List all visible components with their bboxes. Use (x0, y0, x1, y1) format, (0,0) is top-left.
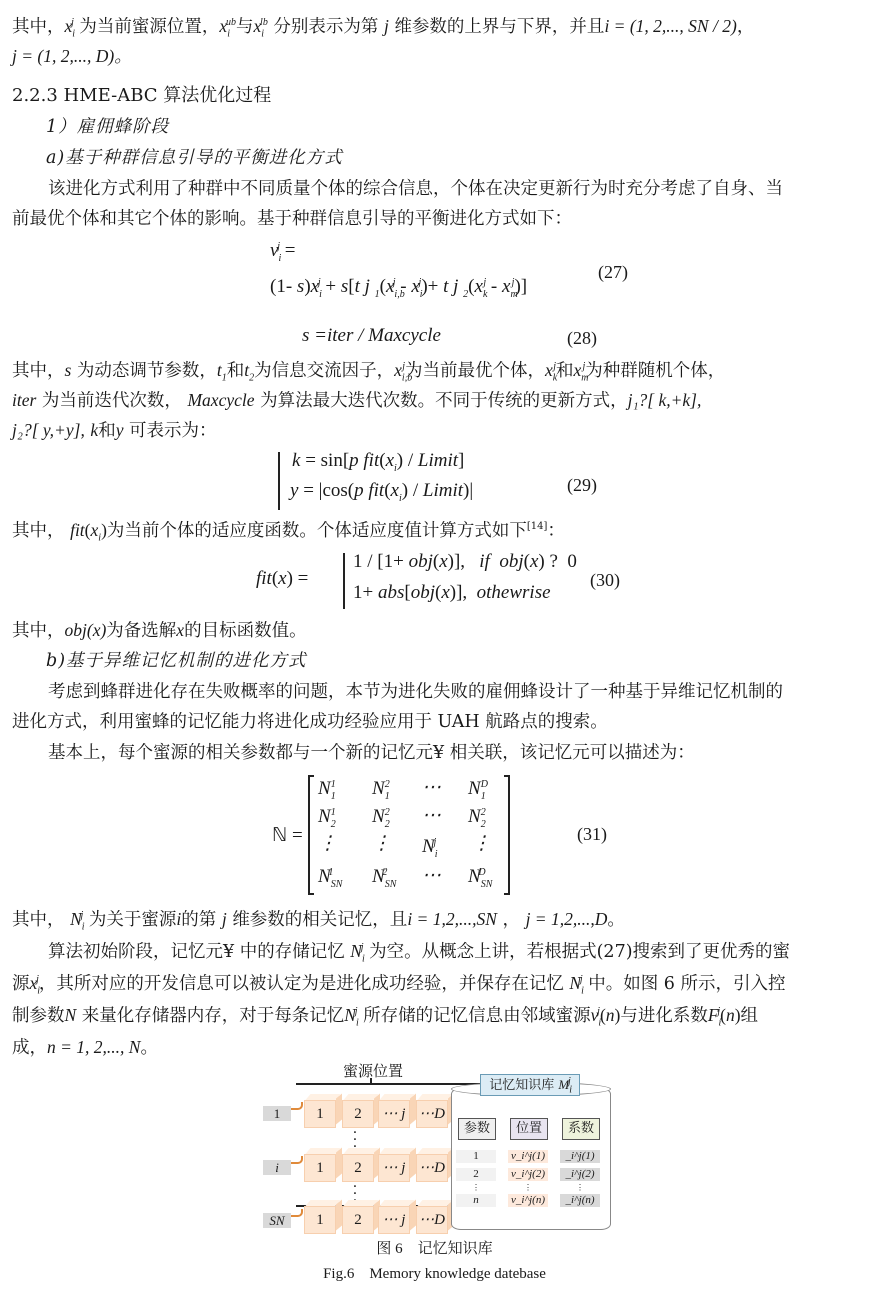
text: 算法初始阶段，记忆元¥ 中的存储记忆 (48, 942, 345, 962)
math-j: j (222, 909, 227, 929)
cube-cell: ⋯ j (378, 1206, 410, 1234)
paragraph-9-line-3: 制参数N 来量化存储器内存，对于每条记忆Nij 所存储的记忆信息由邻域蜜源vij… (12, 1003, 758, 1028)
text: 的目标函数值。 (184, 621, 307, 641)
cell-label: D (434, 1106, 445, 1122)
text: 。 (140, 1038, 158, 1058)
cell-label: j (401, 1212, 405, 1228)
citation-14: [14] (527, 521, 548, 532)
matrix-cell: ⋮ (318, 832, 337, 855)
row-label-1: 1 (263, 1106, 291, 1121)
cube-cell: ⋯D (416, 1154, 448, 1182)
text: 的第 (181, 910, 216, 930)
paragraph-6-line-2: 进化方式，利用蜜蜂的记忆能力将进化成功经验应用于 UAH 航路点的搜索。 (12, 710, 608, 734)
text: 为当前迭代次数， (42, 391, 182, 411)
matrix-cell: N22 (468, 806, 486, 828)
eq31-number: (31) (577, 824, 607, 845)
matrix-cell: ⋯ (422, 804, 441, 827)
matrix-cell: ⋯ (422, 864, 441, 887)
text: 中。如图 6 所示，引入控 (588, 974, 785, 994)
figure-caption-en: Fig.6 Memory knowledge datebase (0, 1262, 869, 1283)
math-j-range: j = 1,2,...,D (526, 909, 608, 929)
text: 来量化存储器内存，对于每条记忆 (82, 1006, 345, 1026)
matrix-cell: N22 (372, 806, 390, 828)
text: ，其所对应的开发信息可以被认定为是进化成功经验，并保存在记忆 (39, 974, 564, 994)
text: 可表示为： (129, 421, 217, 441)
math-v-i-j-n: vij(n) (591, 1005, 621, 1025)
row-label-i: i (263, 1160, 291, 1175)
eq29-line2: y = |cos(p fit(xi) / Limit)| (290, 480, 473, 502)
math-s: s (65, 360, 72, 380)
cell-label: j (401, 1106, 405, 1122)
math-x-i-j: xij (30, 973, 39, 993)
db-cell: 1 (456, 1150, 496, 1163)
paragraph-5: 其中，obj(x)为备选解x的目标函数值。 (12, 618, 307, 643)
db-cell: 2 (456, 1168, 496, 1181)
eq27-line1: vij = (270, 240, 295, 262)
matrix-cell: ⋯ (422, 776, 441, 799)
math-N-i-j: Nij (350, 941, 363, 961)
paragraph-2-line-1: 该进化方式利用了种群中不同质量个体的综合信息，个体在决定更新行为时充分考虑了自身… (48, 177, 783, 201)
paragraph-3-line-3: j₂?[ y,+y], k和y 可表示为： (12, 418, 217, 443)
db-cell: _i^j(n) (560, 1194, 600, 1207)
db-header-position: 位置 (510, 1118, 548, 1140)
matrix-cell: NSN1 (318, 866, 333, 888)
paragraph-9-line-2: 源xij，其所对应的开发信息可以被认定为是进化成功经验，并保存在记忆 Nij 中… (12, 971, 786, 996)
database-label: 记忆知识库 Mij (480, 1074, 580, 1096)
math-fit-xi: fit(xi) (70, 520, 107, 540)
text: 成， (12, 1038, 47, 1058)
math-n-range: n = 1, 2,..., N (47, 1037, 140, 1057)
math-t1: t1 (217, 360, 227, 380)
cube-cell: 2 (342, 1100, 374, 1128)
text: 源 (12, 974, 30, 994)
math-obj-x: obj(x) (65, 620, 107, 640)
math-x-i-j: xij (65, 16, 74, 36)
subheading-employed-bee: 1）雇佣蜂阶段 (46, 115, 169, 139)
figure-6-memory-knowledge-database: 蜜源位置 1 1 2 ⋯ j ⋯D ··· i 1 2 ⋯ j ⋯D ··· S… (258, 1060, 618, 1230)
text: ： (547, 521, 565, 541)
eq30-brace (343, 553, 348, 609)
paragraph-4: 其中， fit(xi)为当前个体的适应度函数。个体适应度值计算方式如下[14]： (12, 518, 565, 543)
text: 为当前蜜源位置， (79, 17, 219, 37)
cube-cell: ⋯ j (378, 1154, 410, 1182)
db-cell: _i^j(2) (560, 1168, 600, 1181)
math-y: y (116, 420, 124, 440)
math-x-ib: xi,bj (394, 360, 405, 380)
cube-cell: 2 (342, 1154, 374, 1182)
paragraph-1-line-2: j = (1, 2,..., D)。 (12, 44, 132, 68)
subheading-b: b)基于异维记忆机制的进化方式 (46, 649, 307, 673)
text: 为种群随机个体， (585, 361, 725, 381)
eq31-lhs: ℕ = (272, 824, 303, 847)
text: 和 (227, 361, 245, 381)
cube-cell: 1 (304, 1100, 336, 1128)
eq29-brace (278, 452, 283, 510)
text: 制参数 (12, 1006, 65, 1026)
cube-cell: ⋯D (416, 1100, 448, 1128)
db-ellipsis: ⋮ (456, 1181, 496, 1194)
math-x: x (176, 620, 184, 640)
db-ellipsis: ⋮ (508, 1181, 548, 1194)
paragraph-2-line-2: 前最优个体和其它个体的影响。基于种群信息引导的平衡进化方式如下： (12, 207, 572, 231)
eq27-line2: (1- s)xij + s[t j 1(xi,bj - xij)+ t j 2(… (270, 276, 527, 298)
db-header-param: 参数 (458, 1118, 496, 1140)
text: ， (502, 910, 520, 930)
db-cell: _i^j(1) (560, 1150, 600, 1163)
text: 其中， (12, 521, 65, 541)
paragraph-1-line-1: 其中，xij 为当前蜜源位置，xiub与xilb 分别表示为第 j 维参数的上界… (12, 14, 754, 39)
paragraph-3-line-2: iter 为当前迭代次数， Maxcycle 为算法最大迭代次数。不同于传统的更… (12, 388, 701, 413)
eq30-case2: 1+ abs[obj(x)], othewrise (353, 582, 551, 604)
eq28: s =iter / Maxcycle (302, 325, 441, 347)
db-header-coefficient: 系数 (562, 1118, 600, 1140)
matrix-cell: N21 (318, 806, 336, 828)
eq31-matrix: N11 N12 ⋯ N1D N21 N22 ⋯ N22 ⋮ ⋮ Nij ⋮ NS… (308, 776, 510, 894)
math-N-i-j: Nij (344, 1005, 357, 1025)
matrix-cell: N11 (318, 778, 336, 800)
math-x-m: xmj (574, 360, 586, 380)
math-j1-range: j₁?[ k,+k], (628, 390, 702, 410)
eq30-number: (30) (590, 570, 620, 591)
cell-label: D (434, 1212, 445, 1228)
text: 为当前个体的适应度函数。个体适应度值计算方式如下 (107, 521, 527, 541)
text: 为关于蜜源 (89, 910, 177, 930)
text: ， (737, 17, 755, 37)
text: 与进化系数 (620, 1006, 708, 1026)
text: 其中， (12, 361, 65, 381)
matrix-cell: N12 (372, 778, 390, 800)
text: 维参数的相关记忆，且 (232, 910, 407, 930)
subheading-a: a)基于种群信息引导的平衡进化方式 (46, 146, 343, 170)
db-ellipsis: ⋮ (560, 1181, 600, 1194)
text: 和 (98, 421, 116, 441)
text: 为当前最优个体， (405, 361, 545, 381)
paragraph-7: 基本上，每个蜜源的相关参数都与一个新的记忆元¥ 相关联，该记忆元可以描述为： (48, 741, 695, 765)
db-cell: v_i^j(2) (508, 1168, 548, 1181)
figure-caption-cn: 图 6 记忆知识库 (0, 1237, 869, 1258)
text: 为信息交流因子， (254, 361, 394, 381)
text: 为空。从概念上讲，若根据式(27)搜索到了更优秀的蜜 (369, 942, 790, 962)
text: 为算法最大迭代次数。不同于传统的更新方式， (260, 391, 628, 411)
db-cell: v_i^j(1) (508, 1150, 548, 1163)
db-cell: n (456, 1194, 496, 1207)
text: 其中， (12, 621, 65, 641)
section-heading: 2.2.3 HME-ABC 算法优化过程 (12, 84, 271, 108)
cube-cell: 1 (304, 1154, 336, 1182)
eq29-number: (29) (567, 475, 597, 496)
math-N-i-j: Nij (569, 973, 582, 993)
math-iter: iter (12, 390, 36, 410)
eq27-number: (27) (598, 262, 628, 283)
matrix-cell: ⋮ (472, 832, 491, 855)
eq28-number: (28) (567, 328, 597, 349)
text: 维参数的上界与下界，并且 (394, 17, 604, 37)
cube-cell: ⋯ j (378, 1100, 410, 1128)
paragraph-3-line-1: 其中，s 为动态调节参数，t1和t2为信息交流因子，xi,bj为当前最优个体，x… (12, 358, 725, 383)
math-M-i-j: Mij (558, 1077, 570, 1092)
math-x-ub: xiub (219, 16, 236, 36)
row-connector (291, 1209, 303, 1217)
text: 为动态调节参数， (77, 361, 217, 381)
text: 分别表示为第 (273, 17, 378, 37)
math-i-range: i = (1, 2,..., SN / 2) (604, 16, 736, 36)
matrix-cell: ⋮ (372, 832, 391, 855)
cell-label: D (434, 1160, 445, 1176)
paragraph-9-line-4: 成，n = 1, 2,..., N。 (12, 1035, 158, 1060)
matrix-cell: NSND (468, 866, 486, 888)
eq29-line1: k = sin[p fit(xi) / Limit] (292, 450, 464, 472)
cell-label: j (401, 1160, 405, 1176)
paragraph-6-line-1: 考虑到蜂群进化存在失败概率的问题，本节为进化失败的雇佣蜂设计了一种基于异维记忆机… (48, 680, 783, 704)
matrix-cell: Nij (422, 836, 436, 858)
matrix-cell: NSN2 (372, 866, 387, 888)
paragraph-8: 其中， Nij 为关于蜜源i的第 j 维参数的相关记忆，且i = 1,2,...… (12, 907, 625, 932)
text: 与 (236, 17, 254, 37)
figure-title-nectar-position: 蜜源位置 (343, 1060, 403, 1081)
matrix-cell: N1D (468, 778, 488, 800)
math-t2: t2 (244, 360, 254, 380)
cube-cell: 2 (342, 1206, 374, 1234)
math-N-i-j: Nij (70, 909, 83, 929)
text: 所存储的记忆信息由邻域蜜源 (363, 1006, 591, 1026)
math-F-i-j-n: Fij(n) (708, 1005, 741, 1025)
text: 其中， (12, 910, 65, 930)
eq30-case1: 1 / [1+ obj(x)], if obj(x) ? 0 (353, 551, 577, 573)
math-N: N (65, 1005, 77, 1025)
text: 。 (607, 910, 625, 930)
db-cell: v_i^j(n) (508, 1194, 548, 1207)
paragraph-9-line-1: 算法初始阶段，记忆元¥ 中的存储记忆 Nij 为空。从概念上讲，若根据式(27)… (48, 939, 790, 964)
math-j: j (384, 16, 389, 36)
math-x-k: xkj (545, 360, 556, 380)
row-connector (291, 1102, 303, 1110)
math-i-range: i = 1,2,...,SN (407, 909, 497, 929)
cube-cell: ⋯D (416, 1206, 448, 1234)
math-x-lb: xilb (253, 16, 267, 36)
math-j2-range: j₂?[ y,+y], (12, 420, 85, 440)
text: 和 (556, 361, 574, 381)
row-connector (291, 1156, 303, 1164)
text: 组 (741, 1006, 759, 1026)
cube-cell: 1 (304, 1206, 336, 1234)
row-label-sn: SN (263, 1213, 291, 1228)
math-maxcycle: Maxcycle (187, 390, 254, 410)
text: 其中， (12, 17, 65, 37)
text: 为备选解 (106, 621, 176, 641)
eq30-lhs: fit(x) = (256, 568, 308, 590)
